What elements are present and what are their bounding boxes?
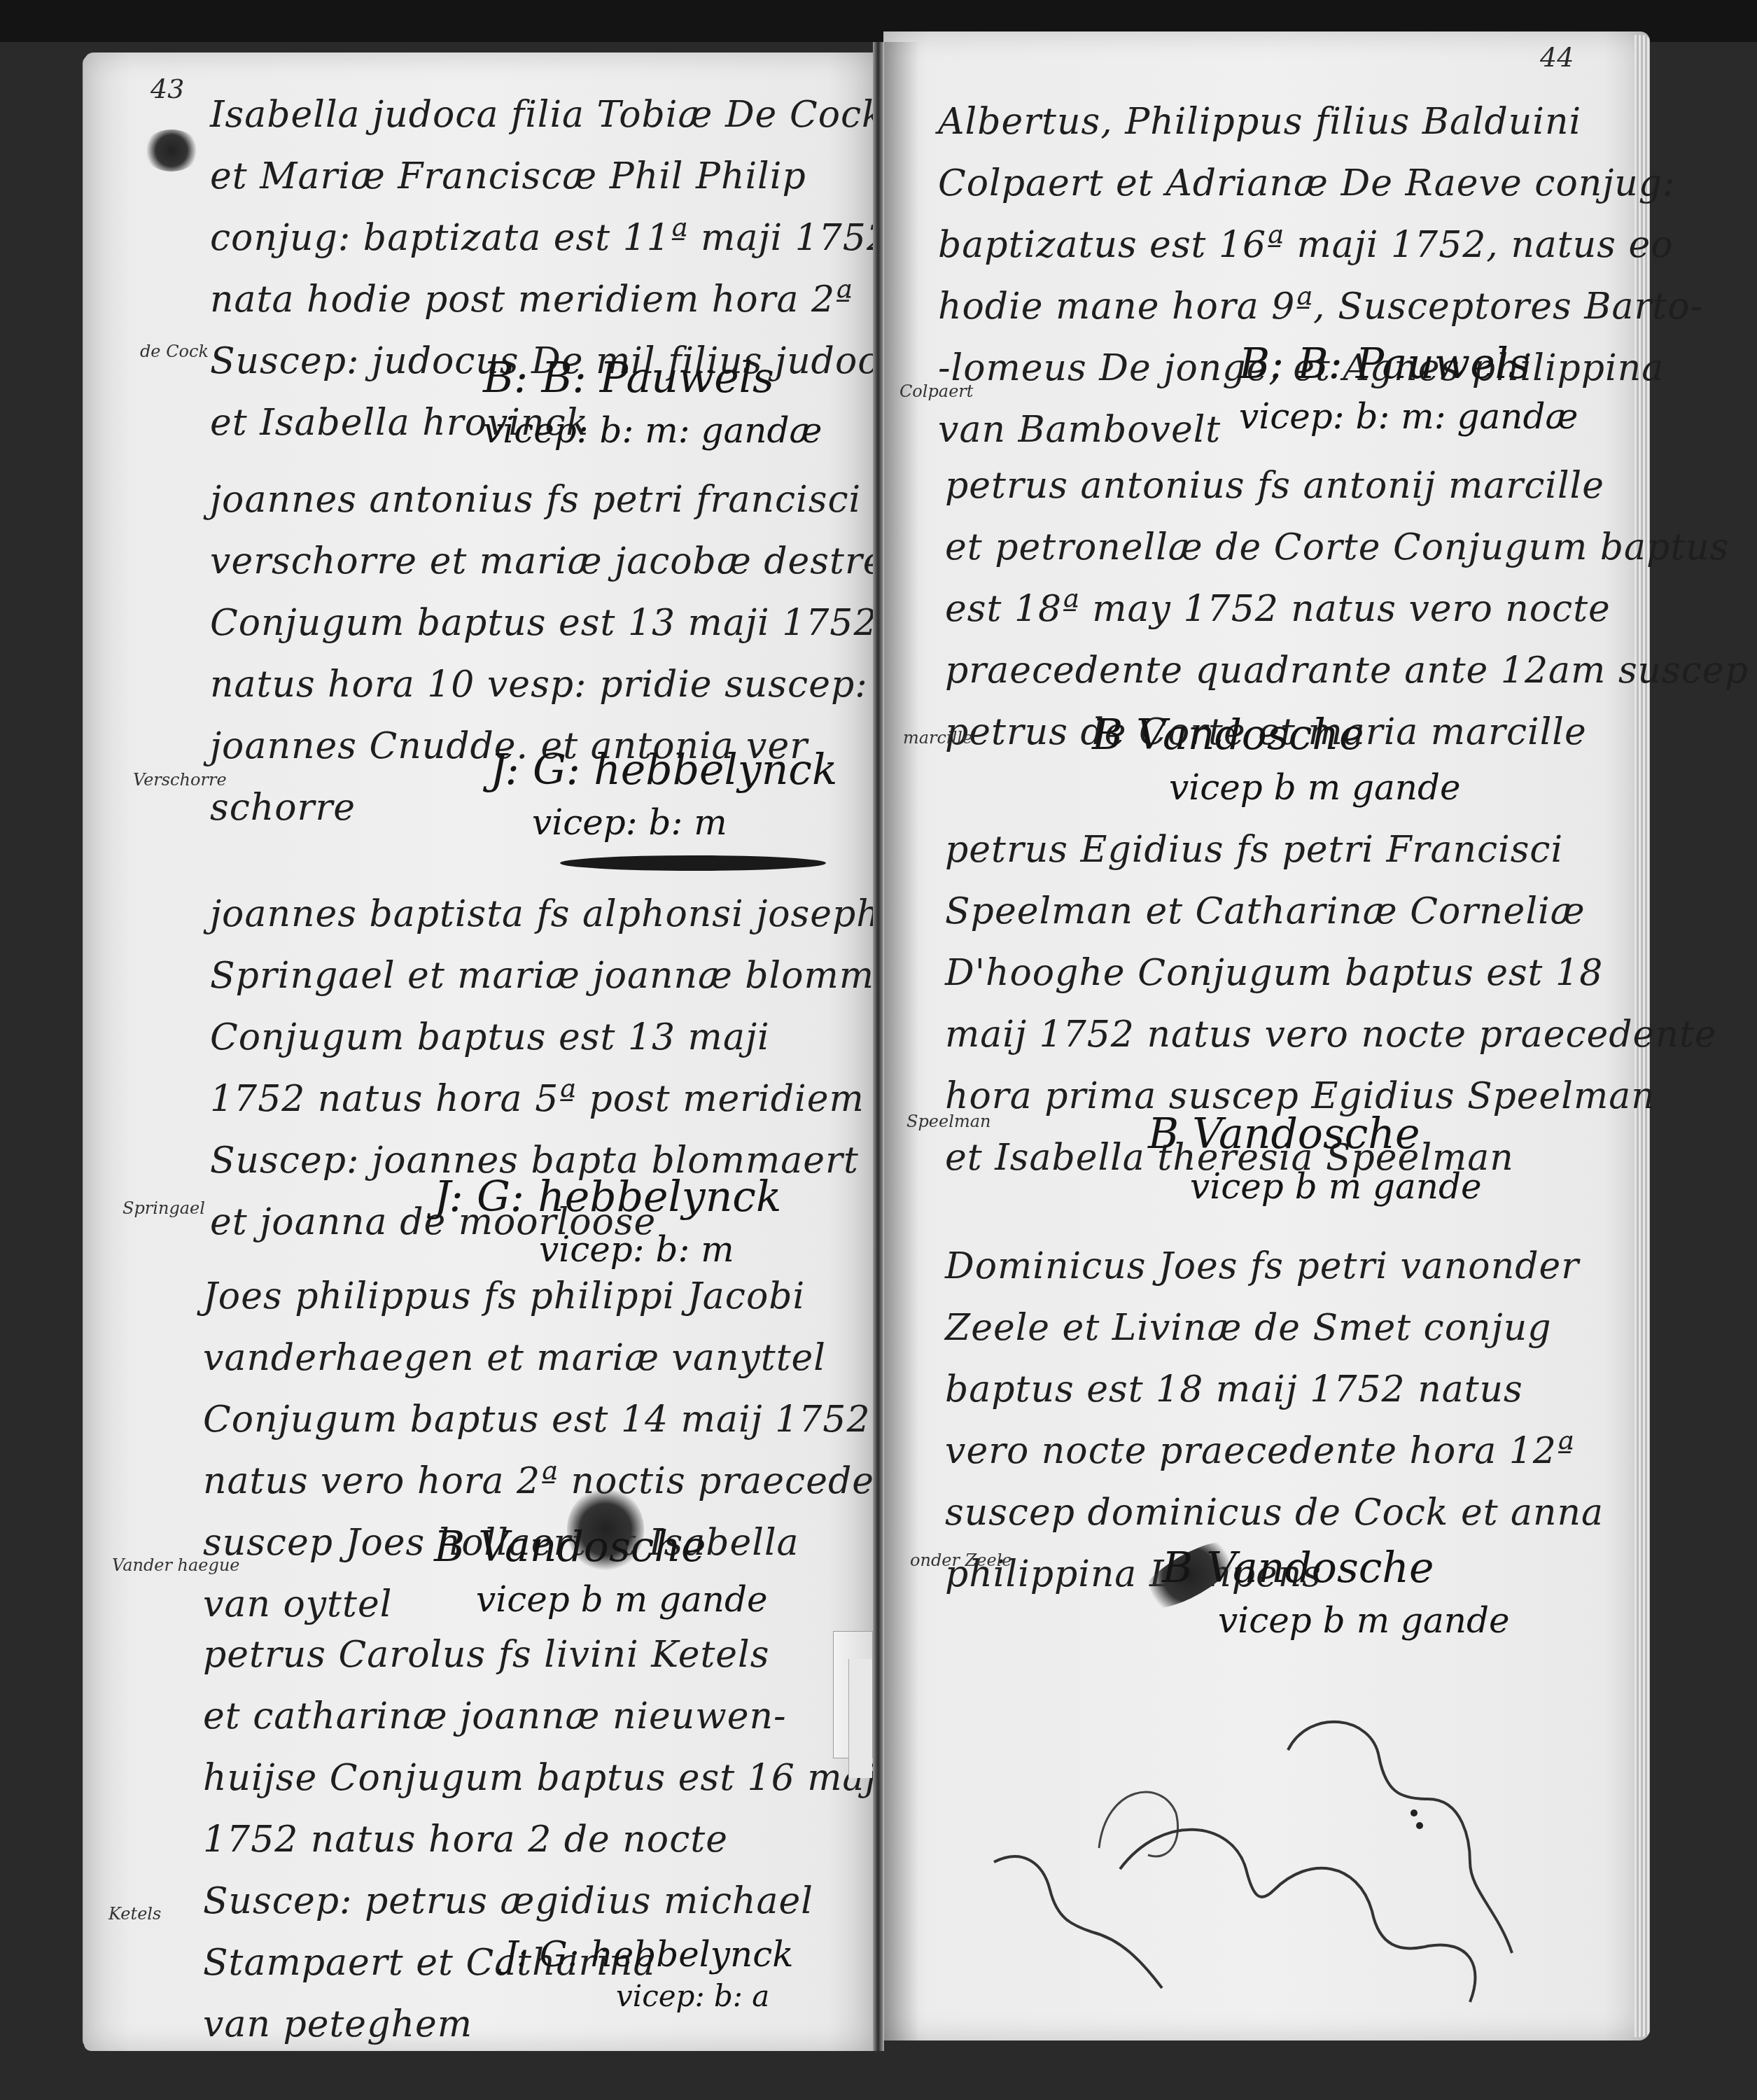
priest-signature: J: G: hebbelynck vicep: b: m xyxy=(434,1169,781,1274)
signature-title: vicep b m gande xyxy=(476,1575,768,1624)
entry-line: joannes antonius fs petri francisci xyxy=(210,469,885,531)
ink-stroke xyxy=(560,855,826,871)
signature-name: J: G: hebbelynck xyxy=(434,1169,781,1225)
entry-line: est 18ª may 1752 natus vero nocte xyxy=(945,578,1749,640)
margin-note: Speelman xyxy=(906,1112,990,1131)
margin-note: Verschorre xyxy=(133,770,227,790)
signature-title: vicep: b: a xyxy=(616,1977,794,2016)
entry-line: 1752 natus hora 2 de nocte xyxy=(203,1809,889,1870)
entry-line: Dominicus Joes fs petri vanonder xyxy=(945,1235,1604,1297)
priest-signature: B Vandosche vicep b m gande xyxy=(1092,707,1461,812)
entry-line: verschorre et mariæ jacobæ destre xyxy=(210,531,885,592)
entry-line: petrus Egidius fs petri Francisci xyxy=(945,819,1717,881)
priest-signature: B: B: Pauwels vicep: b: m: gandæ xyxy=(1239,336,1578,441)
entry-line: et petronellæ de Corte Conjugum baptus xyxy=(945,517,1749,578)
signature-title: vicep b m gande xyxy=(1190,1162,1482,1211)
margin-note: de Cock xyxy=(140,342,209,361)
entry-line: conjug: baptizata est 11ª maji 1752 xyxy=(210,207,904,269)
signature-name: J: G: hebbelynck xyxy=(490,742,837,798)
entry-line: 1752 natus hora 5ª post meridiem xyxy=(210,1068,953,1130)
entry-line: Colpaert et Adrianæ De Raeve conjug: xyxy=(938,153,1703,214)
entry-line: Zeele et Livinæ de Smet conjug xyxy=(945,1297,1604,1359)
signature-title: vicep: b: m xyxy=(532,798,837,847)
priest-signature: J: G: hebbelynck vicep: b: m xyxy=(490,742,837,847)
entry-line: Joes philippus fs philippi Jacobi xyxy=(203,1266,946,1327)
entry-line: suscep dominicus de Cock et anna xyxy=(945,1482,1604,1543)
entry-line: natus vero hora 2ª noctis praecedentis xyxy=(203,1450,946,1512)
entry-line: et Mariæ Franciscæ Phil Philip xyxy=(210,146,904,207)
entry-line: hodie mane hora 9ª, Susceptores Barto- xyxy=(938,276,1703,337)
gutter-shadow xyxy=(884,42,919,2040)
entry-line: Suscep: petrus ægidius michael xyxy=(203,1870,889,1932)
left-page-number: 43 xyxy=(150,73,184,104)
margin-note: marcille xyxy=(903,728,972,748)
right-page-number: 44 xyxy=(1540,42,1574,73)
entry-line: Conjugum baptus est 13 maji xyxy=(210,1007,953,1068)
entry-line: baptizatus est 16ª maji 1752, natus eo xyxy=(938,214,1703,276)
margin-note: Springael xyxy=(122,1198,205,1218)
entry-line: D'hooghe Conjugum baptus est 18 xyxy=(945,942,1717,1004)
margin-note: Vander haegue xyxy=(112,1555,240,1575)
entry-line: vero nocte praecedente hora 12ª xyxy=(945,1420,1604,1482)
entry-line: huijse Conjugum baptus est 16 maji xyxy=(203,1747,889,1809)
entry-line: maij 1752 natus vero nocte praecedente xyxy=(945,1004,1717,1065)
signature-name: B Vandosche xyxy=(434,1519,768,1575)
entry-line: Springael et mariæ joannæ blommaert xyxy=(210,945,953,1007)
entry-line: Conjugum baptus est 14 maij 1752 xyxy=(203,1389,946,1450)
entry-line: Speelman et Catharinæ Corneliæ xyxy=(945,881,1717,942)
signature-name: B: B: Pauwels xyxy=(483,350,822,406)
priest-signature: B: B: Pauwels vicep: b: m: gandæ xyxy=(483,350,822,455)
paper-stub xyxy=(848,1659,872,1778)
signature-title: vicep: b: m: gandæ xyxy=(1239,392,1578,441)
signature-name: B Vandosche xyxy=(1162,1540,1510,1596)
signature-name: B Vandosche xyxy=(1092,707,1461,763)
entry-line: baptus est 18 maij 1752 natus xyxy=(945,1359,1604,1420)
margin-note: onder Zeele xyxy=(910,1550,1012,1570)
priest-signature: J: G: hebbelynck vicep: b: a xyxy=(504,1932,794,2016)
margin-note: Colpaert xyxy=(899,381,973,401)
entry-line: natus hora 10 vesp: pridie suscep: xyxy=(210,654,885,715)
signature-title: vicep: b: m: gandæ xyxy=(483,406,822,455)
ink-blot xyxy=(143,129,199,171)
entry-line: nata hodie post meridiem hora 2ª xyxy=(210,269,904,330)
priest-signature: B Vandosche vicep b m gande xyxy=(1148,1106,1482,1211)
signature-title: vicep b m gande xyxy=(1169,763,1461,812)
entry-line: joannes baptista fs alphonsi josephi xyxy=(210,883,953,945)
signature-title: vicep b m gande xyxy=(1218,1596,1510,1645)
entry-line: Conjugum baptus est 13 maji 1752 xyxy=(210,592,885,654)
entry-line: vanderhaegen et mariæ vanyttel xyxy=(203,1327,946,1389)
decorative-flourish xyxy=(980,1680,1596,2016)
priest-signature: B Vandosche vicep b m gande xyxy=(434,1519,768,1624)
signature-name: B Vandosche xyxy=(1148,1106,1482,1162)
signature-name: J: G: hebbelynck xyxy=(504,1932,794,1977)
entry-line: petrus antonius fs antonij marcille xyxy=(945,455,1749,517)
entry-line: et catharinæ joannæ nieuwen- xyxy=(203,1686,889,1747)
entry-line: Isabella judoca filia Tobiæ De Cock, xyxy=(210,84,904,146)
priest-signature: B Vandosche vicep b m gande xyxy=(1162,1540,1510,1645)
entry-line: petrus Carolus fs livini Ketels xyxy=(203,1624,889,1686)
signature-name: B: B: Pauwels xyxy=(1239,336,1578,392)
entry-line: praecedente quadrante ante 12am suscep xyxy=(945,640,1749,701)
entry-line: Albertus, Philippus filius Balduini xyxy=(938,91,1703,153)
book-gutter xyxy=(873,42,884,2051)
margin-note: Ketels xyxy=(108,1904,161,1924)
